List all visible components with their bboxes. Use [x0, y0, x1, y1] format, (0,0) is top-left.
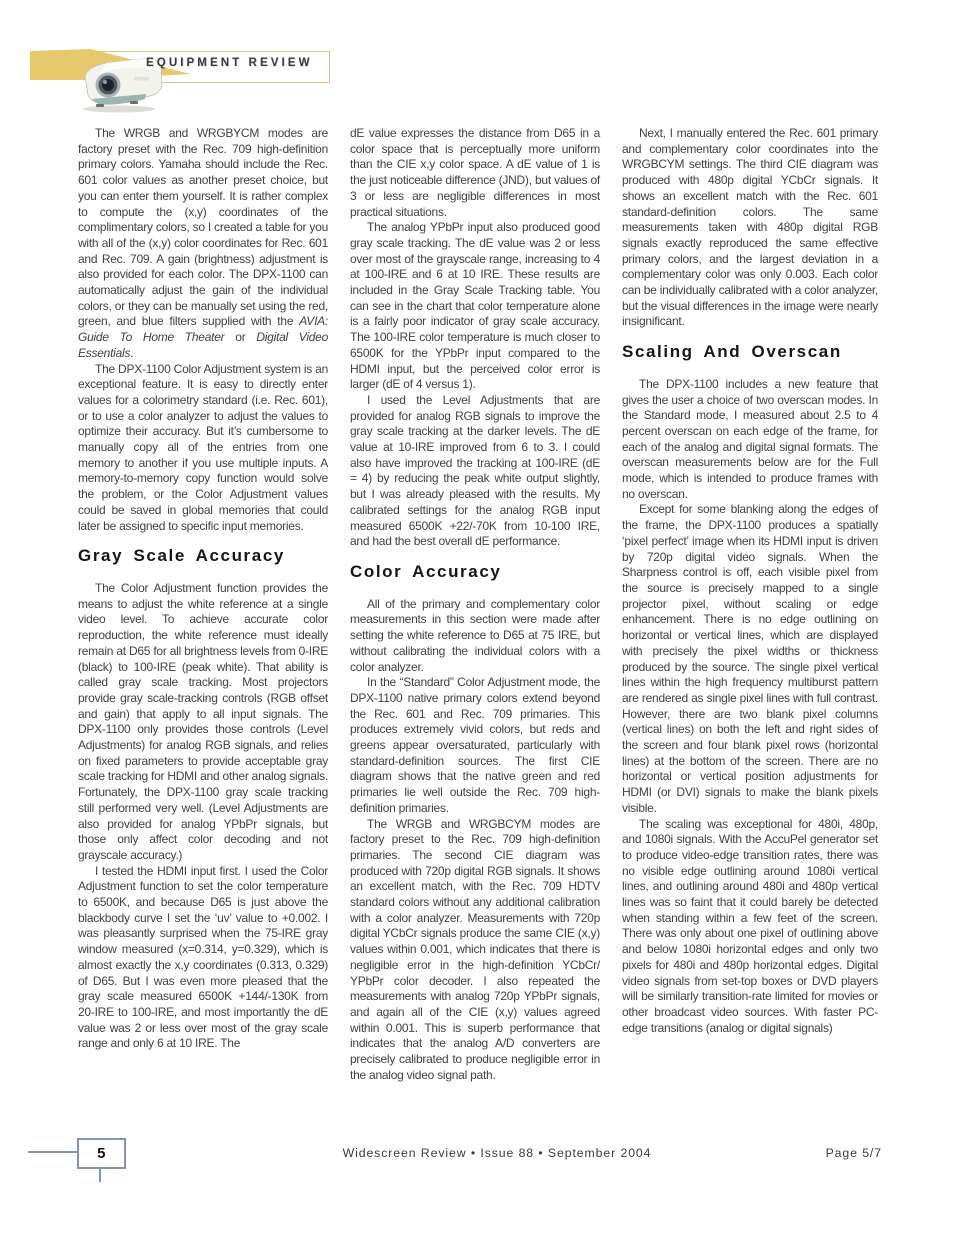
paragraph: All of the primary and complementary col… [350, 597, 600, 676]
section-heading-color-accuracy: Color Accuracy [350, 564, 600, 580]
section-heading-gray-scale-accuracy: Gray Scale Accuracy [78, 548, 328, 564]
paragraph: The scaling was exceptional for 480i, 48… [622, 817, 878, 1037]
paragraph: I tested the HDMI input first. I used th… [78, 864, 328, 1052]
paragraph: Next, I manually entered the Rec. 601 pr… [622, 126, 878, 330]
page-number-tick [99, 1169, 101, 1182]
paragraph: The DPX-1100 Color Adjustment system is … [78, 362, 328, 535]
paragraph: I used the Level Adjustments that are pr… [350, 393, 600, 550]
paragraph-text: or [224, 330, 256, 344]
paragraph: In the “Standard” Color Adjustment mode,… [350, 675, 600, 816]
paragraph-text: The WRGB and WRGBYCM modes are factory p… [78, 126, 328, 328]
paragraph: The analog YPbPr input also produced goo… [350, 220, 600, 393]
paragraph: The Color Adjustment function provides t… [78, 581, 328, 864]
magazine-page: EQUIPMENT REVIEW The WRGB and WRGBYCM mo… [0, 0, 954, 1235]
paragraph: Except for some blanking along the edges… [622, 502, 878, 816]
paragraph: The WRGB and WRGBYCM modes are factory p… [78, 126, 328, 362]
paragraph: The WRGB and WRGBCYM modes are factory p… [350, 817, 600, 1084]
column-2: dE value expresses the distance from D65… [350, 126, 600, 1083]
section-heading-scaling-and-overscan: Scaling And Overscan [622, 344, 878, 360]
equipment-review-label: EQUIPMENT REVIEW [146, 57, 313, 69]
footer-page-indicator: Page 5/7 [826, 1146, 882, 1160]
column-3: Next, I manually entered the Rec. 601 pr… [622, 126, 878, 1083]
article-columns: The WRGB and WRGBYCM modes are factory p… [78, 126, 878, 1083]
paragraph: dE value expresses the distance from D65… [350, 126, 600, 220]
paragraph-text: . [130, 346, 133, 360]
footer-journal-line: Widescreen Review • Issue 88 • September… [40, 1146, 954, 1160]
column-1: The WRGB and WRGBYCM modes are factory p… [78, 126, 328, 1083]
paragraph: The DPX-1100 includes a new feature that… [622, 377, 878, 503]
